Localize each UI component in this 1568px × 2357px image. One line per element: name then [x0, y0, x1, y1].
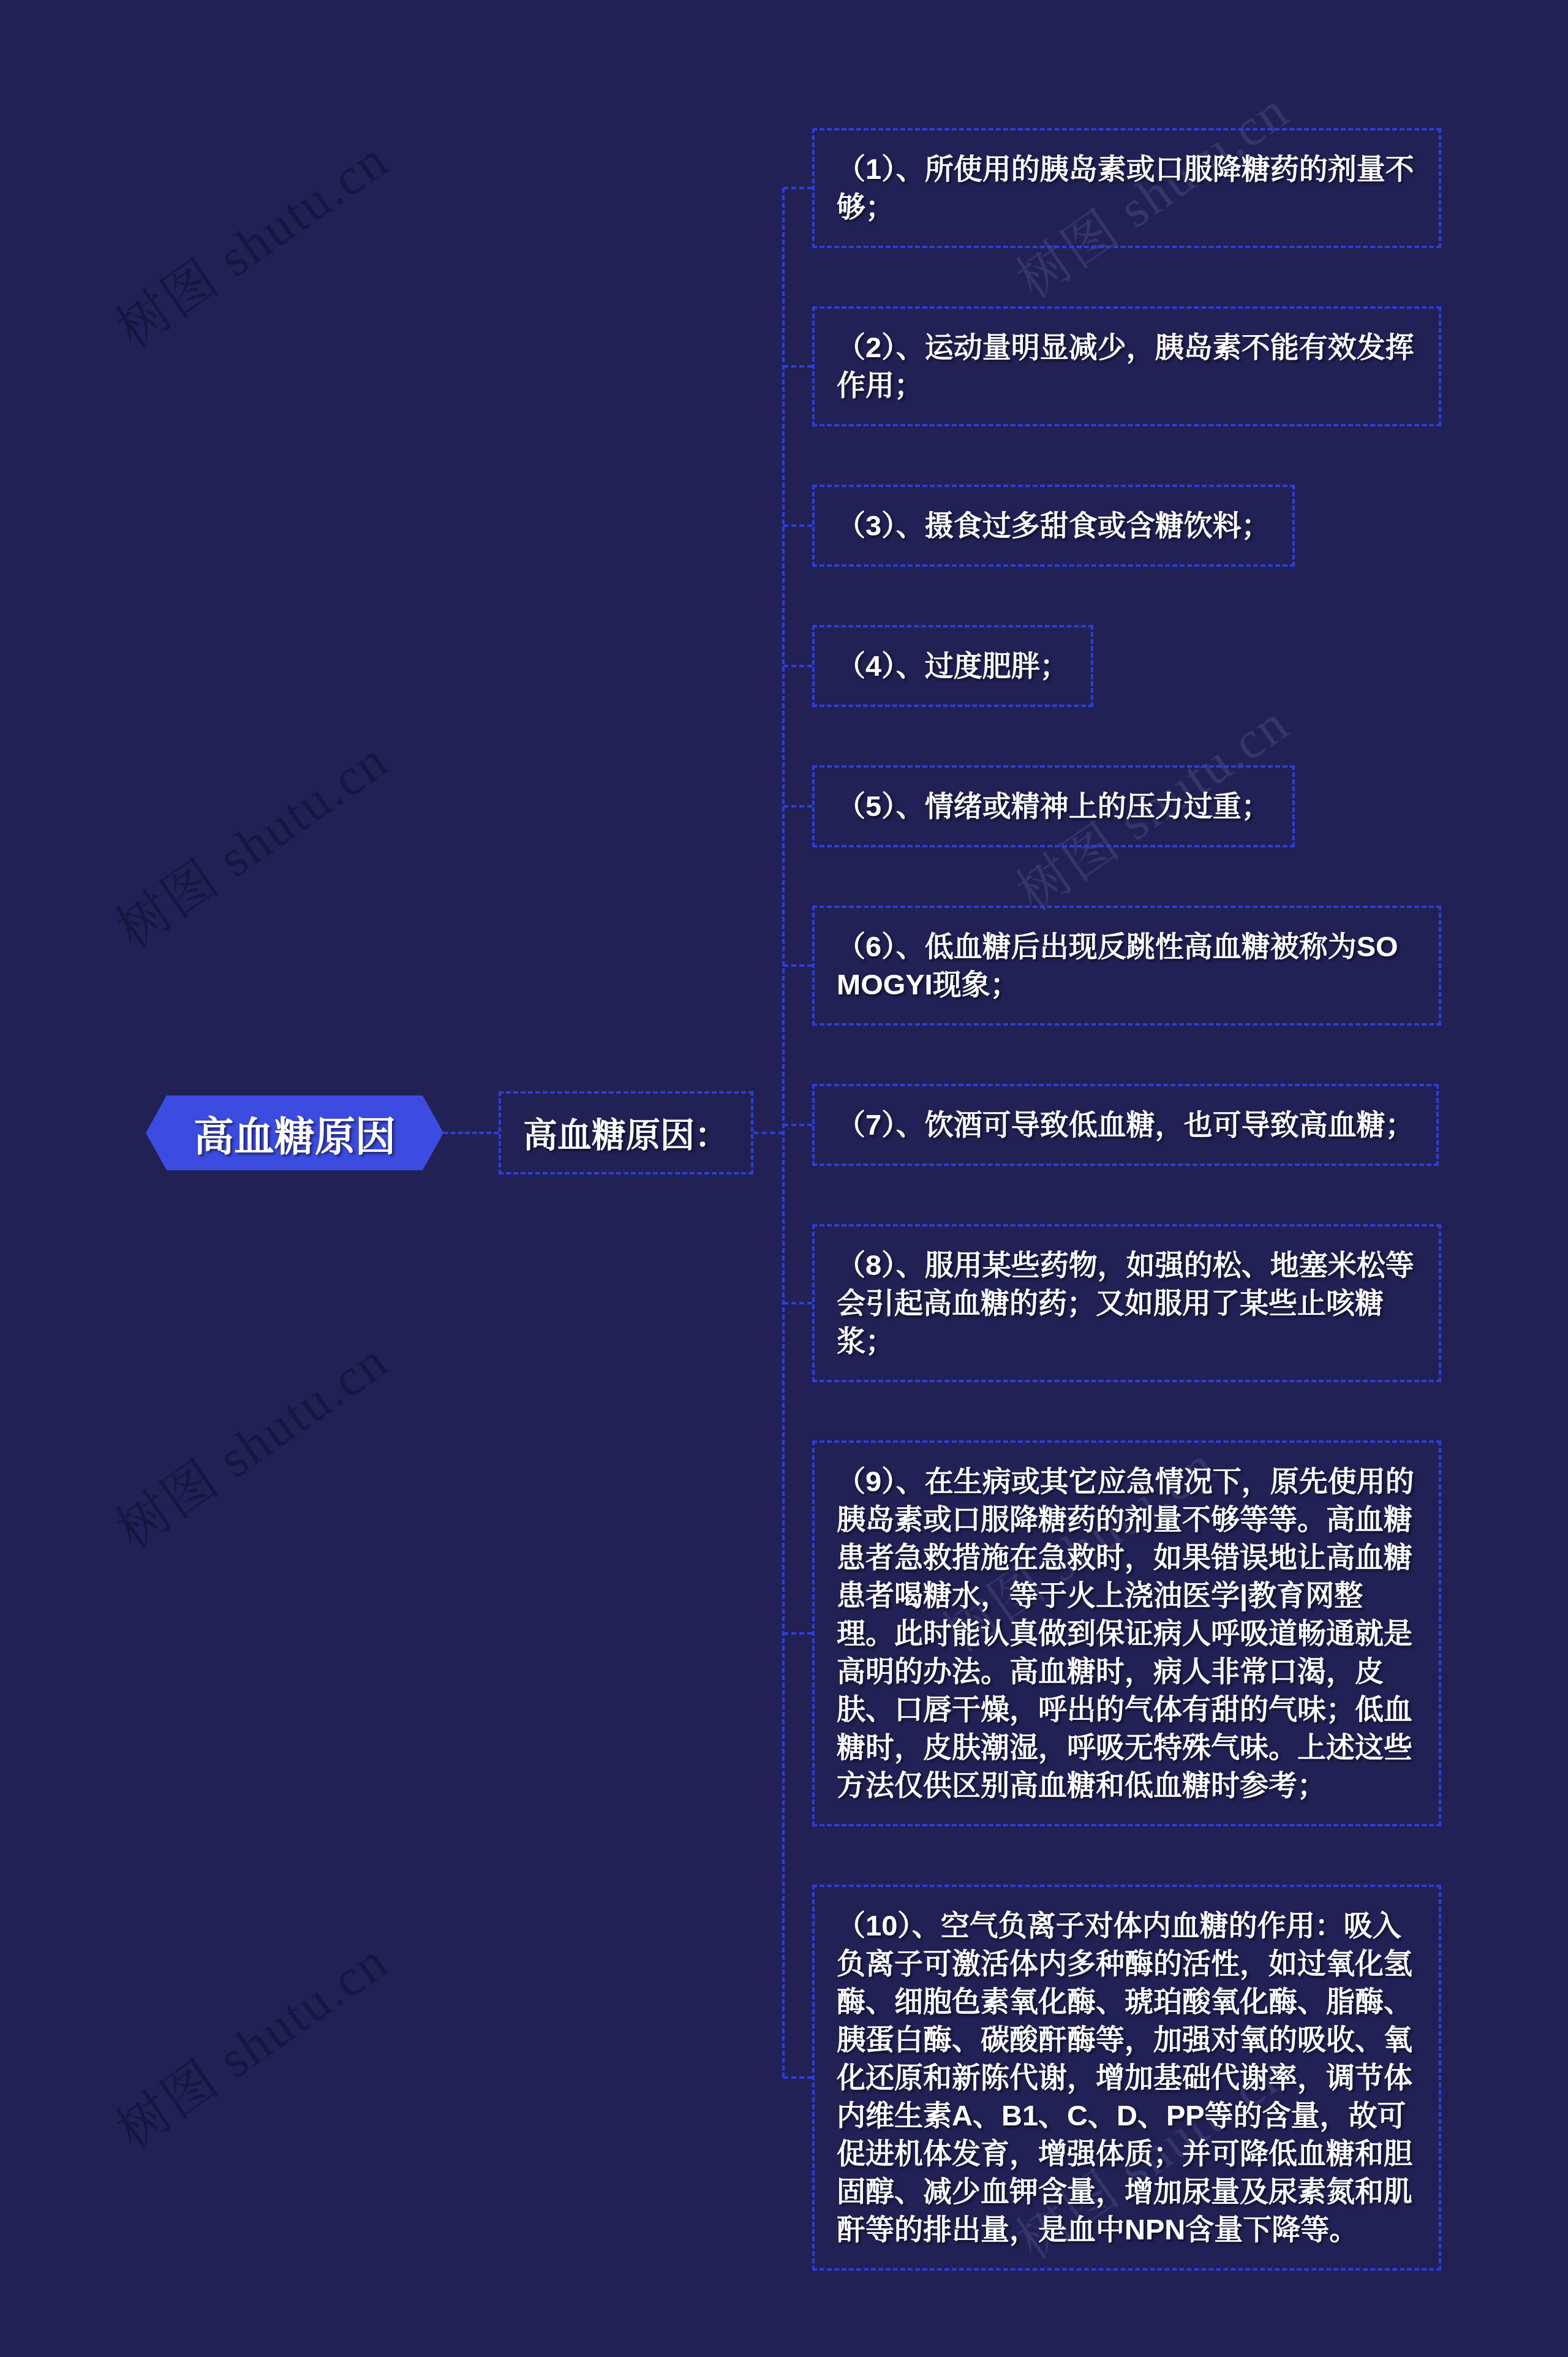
mindmap-node-item-4[interactable]: （4）、过度肥胖；: [812, 625, 1093, 707]
topic-node[interactable]: 高血糖原因：: [499, 1091, 753, 1175]
item-text: （10）、空气负离子对体内血糖的作用：吸入负离子可激活体内多种酶的活性，如过氧化…: [837, 1907, 1417, 2249]
item-text: （2）、运动量明显减少，胰岛素不能有效发挥作用；: [837, 328, 1417, 404]
item-text: （9）、在生病或其它应急情况下，原先使用的胰岛素或口服降糖药的剂量不够等等。高血…: [837, 1462, 1417, 1804]
root-node-label: 高血糖原因: [194, 1104, 396, 1162]
item-text: （3）、摄食过多甜食或含糖饮料；: [837, 507, 1270, 545]
mindmap-node-item-10[interactable]: （10）、空气负离子对体内血糖的作用：吸入负离子可激活体内多种酶的活性，如过氧化…: [812, 1885, 1441, 2271]
watermark-text: 树图 shutu.cn: [99, 1920, 401, 2163]
root-node[interactable]: 高血糖原因: [146, 1095, 443, 1170]
mindmap-node-item-3[interactable]: （3）、摄食过多甜食或含糖饮料；: [812, 485, 1295, 567]
item-text: （1）、所使用的胰岛素或口服降糖药的剂量不够；: [837, 150, 1417, 226]
root-topic-row: 高血糖原因 高血糖原因：: [146, 1091, 783, 1175]
mindmap-node-item-8[interactable]: （8）、服用某些药物，如强的松、地塞米松等会引起高血糖的药；又如服用了某些止咳糖…: [812, 1224, 1441, 1382]
item-text: （5）、情绪或精神上的压力过重；: [837, 787, 1270, 825]
mindmap-node-item-2[interactable]: （2）、运动量明显减少，胰岛素不能有效发挥作用；: [812, 306, 1441, 426]
topic-node-label: 高血糖原因：: [523, 1116, 729, 1154]
item-text: （6）、低血糖后出现反跳性高血糖被称为SOMOGYI现象；: [837, 928, 1417, 1004]
mindmap-node-item-5[interactable]: （5）、情绪或精神上的压力过重；: [812, 765, 1295, 847]
connector-root-topic: [443, 1132, 499, 1134]
item-text: （4）、过度肥胖；: [837, 647, 1069, 685]
item-text: （8）、服用某些药物，如强的松、地塞米松等会引起高血糖的药；又如服用了某些止咳糖…: [837, 1246, 1417, 1360]
mindmap-node-item-7[interactable]: （7）、饮酒可导致低血糖，也可导致高血糖；: [812, 1084, 1439, 1166]
item-text: （7）、饮酒可导致低血糖，也可导致高血糖；: [837, 1106, 1414, 1144]
connector-topic-spine: [753, 1132, 783, 1134]
items-column: （1）、所使用的胰岛素或口服降糖药的剂量不够；（2）、运动量明显减少，胰岛素不能…: [812, 128, 1441, 2271]
watermark-text: 树图 shutu.cn: [99, 1319, 401, 1562]
watermark-text: 树图 shutu.cn: [99, 118, 401, 361]
mindmap-node-item-6[interactable]: （6）、低血糖后出现反跳性高血糖被称为SOMOGYI现象；: [812, 906, 1441, 1026]
mindmap-node-item-1[interactable]: （1）、所使用的胰岛素或口服降糖药的剂量不够；: [812, 128, 1441, 248]
watermark-text: 树图 shutu.cn: [99, 719, 401, 962]
mindmap-node-item-9[interactable]: （9）、在生病或其它应急情况下，原先使用的胰岛素或口服降糖药的剂量不够等等。高血…: [812, 1440, 1441, 1826]
mindmap-canvas: 树图 shutu.cn 树图 shutu.cn 树图 shutu.cn 树图 s…: [0, 0, 1568, 2357]
